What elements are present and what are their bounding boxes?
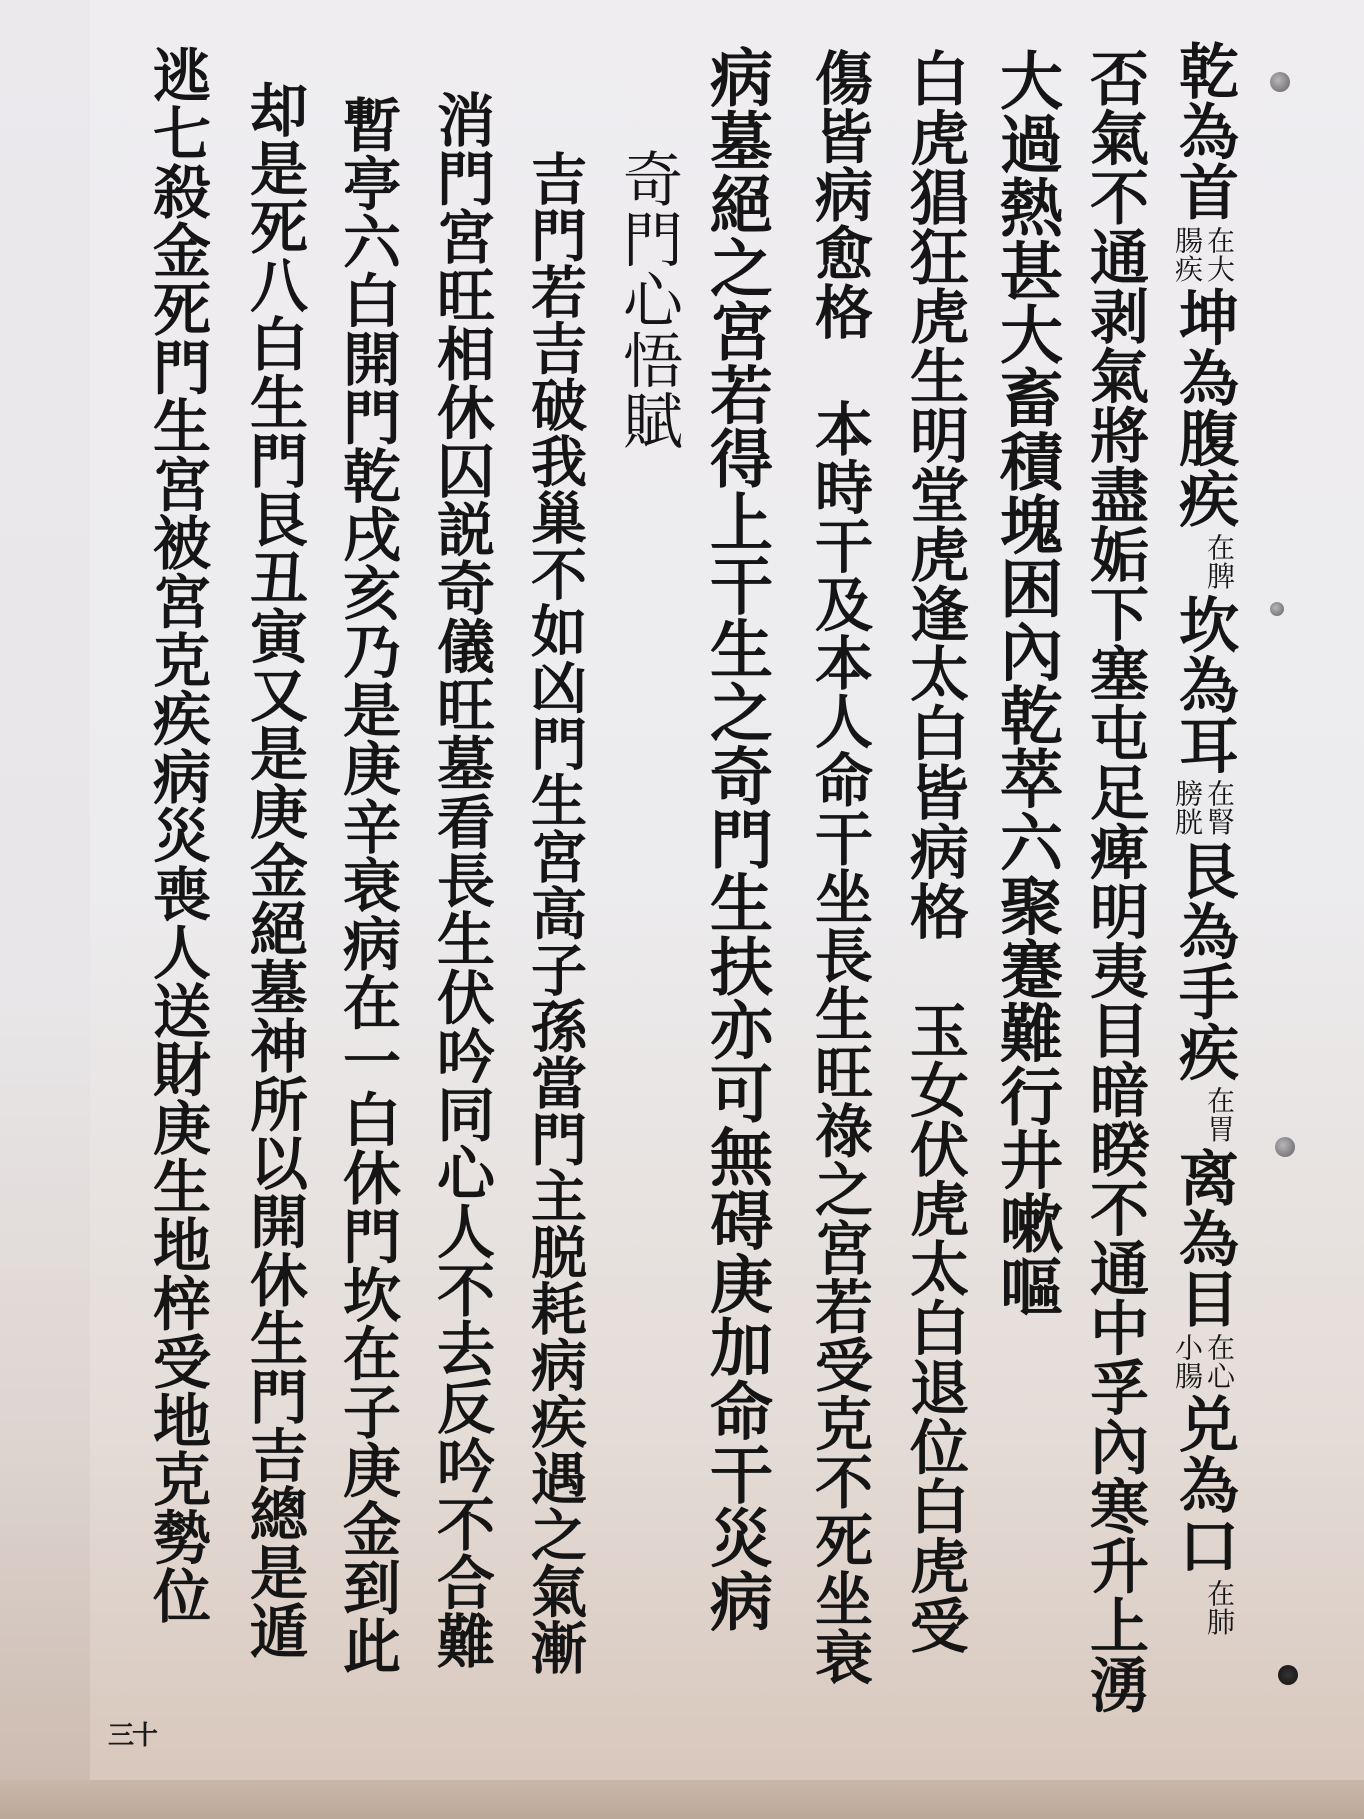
text-column-3: 大過熱甚大畜積塊困內乾萃六聚蹇難行井嗽嘔 bbox=[995, 48, 1058, 1318]
text-column-11: 逃七殺金死門生宮被宮克疾病災喪人送財庚生地梓受地克勢位 bbox=[148, 45, 206, 1625]
interlinear-note: 在脾 bbox=[1202, 533, 1234, 590]
page-number: 三十 bbox=[108, 1715, 156, 1752]
text-column-8: 消門宮旺相休囚説奇儀旺墓看長生伏吟同心人不去反吟不合難 bbox=[432, 90, 490, 1670]
text-column-9: 暫亭六白開門乾戌亥乃是庚辛衰病在一白休門坎在子庚金到此 bbox=[338, 95, 396, 1675]
interlinear-note: 在肺 bbox=[1202, 1579, 1234, 1636]
section-heading: 奇門心悟賦 bbox=[618, 148, 678, 451]
interlinear-note: 在腎膀胱 bbox=[1170, 779, 1234, 836]
page-edge-shadow bbox=[0, 1780, 1364, 1819]
binding-hole-bottom bbox=[1278, 1665, 1298, 1685]
text-column-7: 吉門若吉破我巢不如凶門生宮高子孫當門主脱耗病疾遇之氣漸 bbox=[527, 150, 583, 1676]
text-column-1: 乾為首在大腸疾坤為腹疾在脾坎為耳在腎膀胱艮為手疾在胃离為目在心小腸兑為口在肺 bbox=[1170, 40, 1234, 1640]
text-column-2: 否氣不通剥氣將盡姤下塞屯足痺明夷目暗睽不通中孚內寒升上湧 bbox=[1085, 48, 1144, 1714]
interlinear-note: 在心小腸 bbox=[1170, 1333, 1234, 1390]
interlinear-note: 在胃 bbox=[1202, 1086, 1234, 1143]
binding-hole-top bbox=[1270, 72, 1290, 92]
text-column-10: 却是死八白生門艮丑寅又是庚金絕墓神所以開休生門吉總是遁 bbox=[245, 80, 303, 1660]
binding-hole-mid-lower bbox=[1275, 1137, 1295, 1157]
text-column-6: 病墓絕之宮若得上干生之奇門生扶亦可無碍庚加命干災病 bbox=[705, 45, 768, 1633]
interlinear-note: 在大腸疾 bbox=[1170, 226, 1234, 283]
text-column-5: 傷皆病愈格 本時干及本人命干坐長生旺祿之宮若受克不死坐衰 bbox=[810, 48, 868, 1686]
binding-hole-mid-upper bbox=[1270, 602, 1284, 616]
text-column-4: 白虎猖狂虎生明堂虎逢太白皆病格 玉女伏虎太白退位白虎受 bbox=[905, 48, 964, 1655]
